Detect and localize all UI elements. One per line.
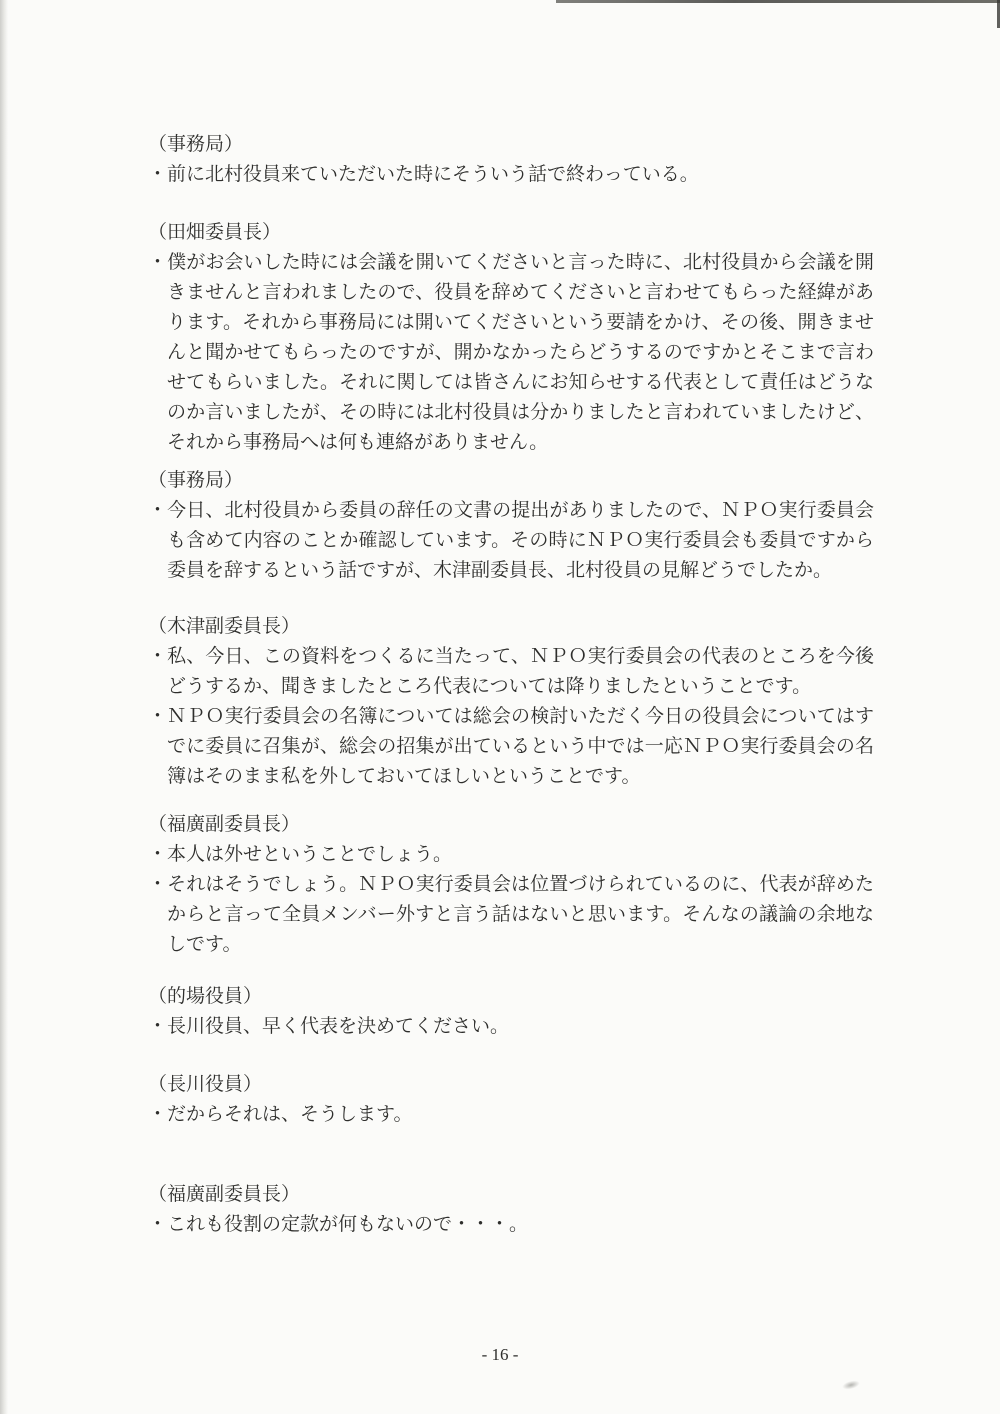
scanner-edge-top bbox=[556, 0, 1000, 3]
minutes-section: （長川役員） ・だからそれは、そうします。 bbox=[148, 1070, 874, 1130]
speaker-label: （長川役員） bbox=[148, 1070, 874, 1100]
speaker-label: （田畑委員長） bbox=[148, 218, 874, 248]
page-number: - 16 - bbox=[0, 1342, 1000, 1368]
statement-bullet: ・それはそうでしょう。ＮＰＯ実行委員会は位置づけられているのに、代表が辞めたから… bbox=[148, 870, 874, 960]
speaker-label: （福廣副委員長） bbox=[148, 1180, 874, 1210]
speaker-label: （福廣副委員長） bbox=[148, 810, 874, 840]
statement-bullet: ・だからそれは、そうします。 bbox=[148, 1100, 874, 1130]
statement-bullet: ・今日、北村役員から委員の辞任の文書の提出がありましたので、ＮＰＯ実行委員会も含… bbox=[148, 496, 874, 586]
minutes-section: （事務局） ・今日、北村役員から委員の辞任の文書の提出がありましたので、ＮＰＯ実… bbox=[148, 466, 874, 586]
statement-bullet: ・僕がお会いした時には会議を開いてくださいと言った時に、北村役員から会議を開きま… bbox=[148, 248, 874, 458]
statement-bullet: ・前に北村役員来ていただいた時にそういう話で終わっている。 bbox=[148, 160, 874, 190]
statement-bullet: ・長川役員、早く代表を決めてください。 bbox=[148, 1012, 874, 1042]
scan-smudge bbox=[841, 1379, 860, 1391]
minutes-section: （的場役員） ・長川役員、早く代表を決めてください。 bbox=[148, 982, 874, 1042]
statement-bullet: ・ＮＰＯ実行委員会の名簿については総会の検討いただく今日の役員会についてはすでに… bbox=[148, 702, 874, 792]
speaker-label: （事務局） bbox=[148, 130, 874, 160]
speaker-label: （木津副委員長） bbox=[148, 612, 874, 642]
minutes-section: （事務局） ・前に北村役員来ていただいた時にそういう話で終わっている。 bbox=[148, 130, 874, 190]
minutes-section: （田畑委員長） ・僕がお会いした時には会議を開いてくださいと言った時に、北村役員… bbox=[148, 218, 874, 458]
scanner-edge-left bbox=[0, 0, 8, 1414]
speaker-label: （的場役員） bbox=[148, 982, 874, 1012]
speaker-label: （事務局） bbox=[148, 466, 874, 496]
minutes-section: （福廣副委員長） ・これも役割の定款が何もないので・・・。 bbox=[148, 1180, 874, 1240]
statement-bullet: ・これも役割の定款が何もないので・・・。 bbox=[148, 1210, 874, 1240]
minutes-section: （福廣副委員長） ・本人は外せということでしょう。 ・それはそうでしょう。ＮＰＯ… bbox=[148, 810, 874, 960]
scanned-document-page: （事務局） ・前に北村役員来ていただいた時にそういう話で終わっている。 （田畑委… bbox=[0, 0, 1000, 1414]
statement-bullet: ・本人は外せということでしょう。 bbox=[148, 840, 874, 870]
statement-bullet: ・私、今日、この資料をつくるに当たって、ＮＰＯ実行委員会の代表のところを今後どう… bbox=[148, 642, 874, 702]
minutes-section: （木津副委員長） ・私、今日、この資料をつくるに当たって、ＮＰＯ実行委員会の代表… bbox=[148, 612, 874, 792]
